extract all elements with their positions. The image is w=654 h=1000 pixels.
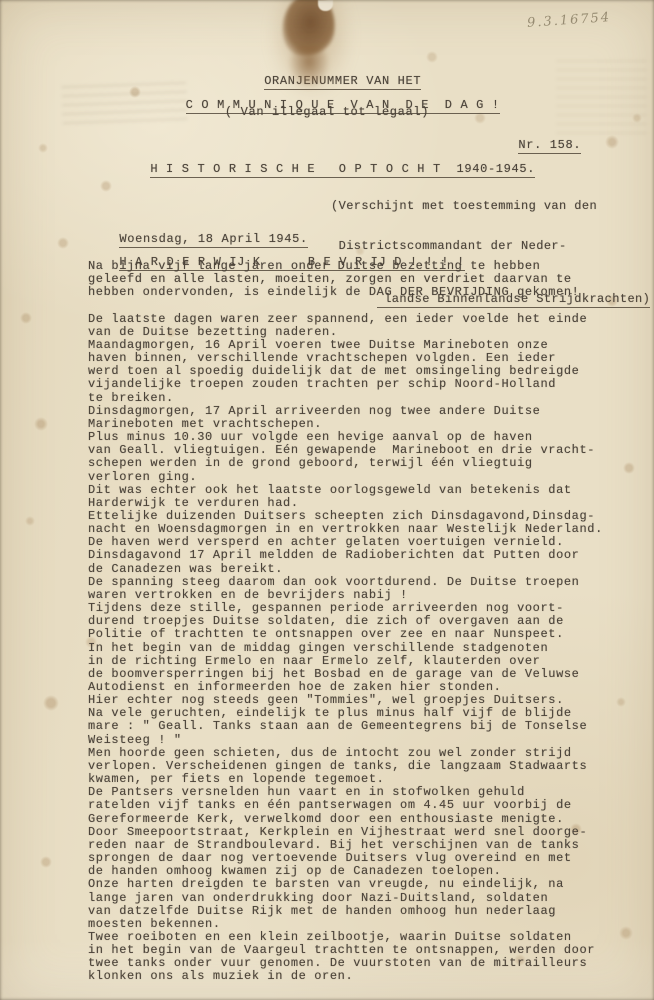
- typed-line: De spanning steeg daarom dan ook voortdu…: [88, 576, 603, 589]
- typed-line: van de Duitse bezetting naderen.: [88, 326, 603, 339]
- typed-line: Onze harten dreigden te barsten van vreu…: [88, 878, 603, 891]
- typed-line: ratelden vijf tanks en één pantserwagen …: [88, 799, 603, 812]
- typed-line: klonken ons als muziek in de oren.: [88, 970, 603, 983]
- typed-line: verloren ging.: [88, 471, 603, 484]
- typed-line: In het begin van de middag gingen versch…: [88, 642, 603, 655]
- typed-line: De laatste dagen waren zeer spannend, ee…: [88, 313, 603, 326]
- typed-line: hebben ondervonden, is eindelijk de DAG …: [88, 286, 603, 299]
- typed-line: Politie of trachtten te ontsnappen over …: [88, 628, 603, 641]
- typed-line: Dit was echter ook het laatste oorlogsge…: [88, 484, 603, 497]
- typed-line: vijandelijke troepen zouden trachten per…: [88, 378, 603, 391]
- typed-line: van datzelfde Duitse Rijk met de handen …: [88, 905, 603, 918]
- typed-line: de Canadezen was bereikt.: [88, 563, 603, 576]
- typed-line: lange jaren van onderdrukking door Nazi-…: [88, 892, 603, 905]
- typed-line: Gereformeerde Kerk, verwelkomd door een …: [88, 813, 603, 826]
- subtitle-line: ( Van illegaal tot legaal): [0, 105, 654, 119]
- document-page: 9.3.16754 ORANJENUMMER VAN HET C O M M U…: [0, 0, 654, 1000]
- stain-mark: [279, 0, 339, 59]
- typed-line: in de richting Ermelo en naar Ermelo zel…: [88, 655, 603, 668]
- body-text: Na bijna vijf lange jaren onder Duitse b…: [88, 260, 603, 984]
- typed-line: Dinsdagmorgen, 17 April arriveerden nog …: [88, 405, 603, 418]
- typed-line: schepen werden in de grond geboord, terw…: [88, 457, 603, 470]
- typed-line: Harderwijk te verduren had.: [88, 497, 603, 510]
- permission-line: (Verschijnt met toestemming van den: [331, 200, 650, 213]
- typed-line: Men hoorde geen schieten, dus de intocht…: [88, 747, 603, 760]
- handwritten-number: 9.3.16754: [527, 10, 612, 31]
- typed-line: mare : " Geall. Tanks staan aan de Gemee…: [88, 720, 603, 733]
- typed-line: Door Smeepoortstraat, Kerkplein en Vijhe…: [88, 826, 603, 839]
- typed-line: te breiken.: [88, 392, 603, 405]
- typed-line: [88, 299, 603, 312]
- typed-line: Dinsdagavond 17 April meldden de Radiobe…: [88, 549, 603, 562]
- typed-line: Weisteeg ! ": [88, 734, 603, 747]
- paper-tear: [318, 0, 333, 11]
- typed-line: moesten bekennen.: [88, 918, 603, 931]
